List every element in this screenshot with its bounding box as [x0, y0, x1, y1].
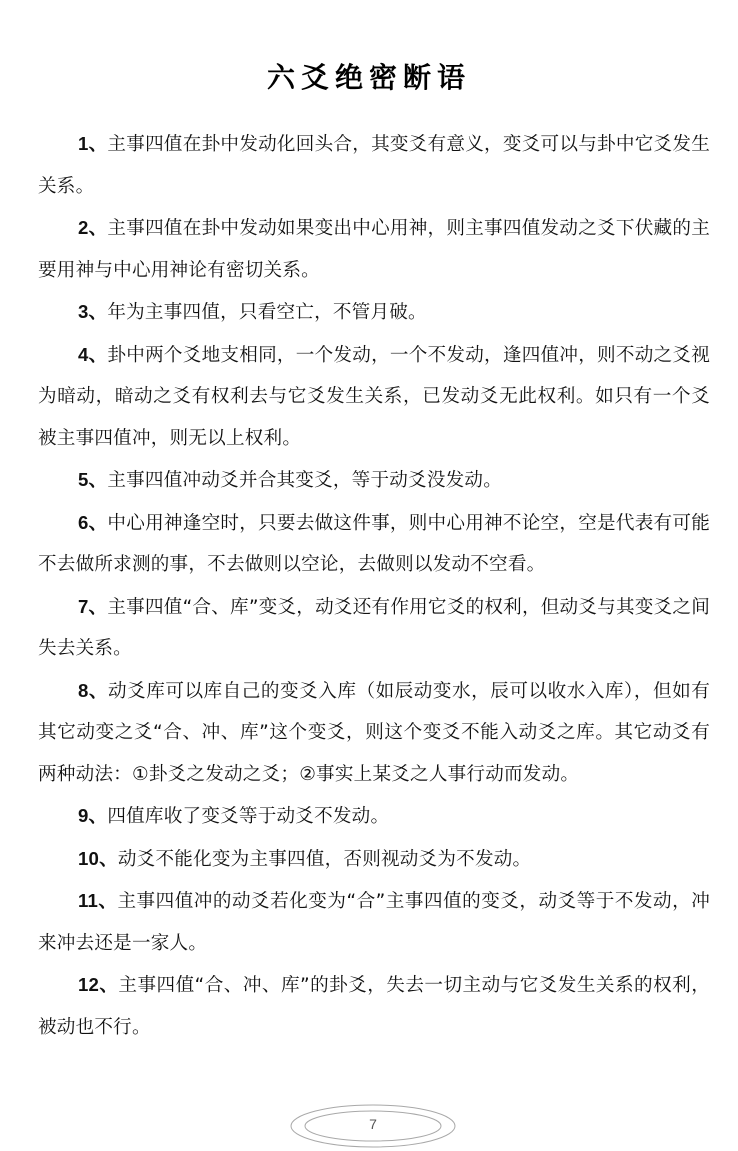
item-text: 卦中两个爻地支相同，一个发动，一个不发动，逢四值冲，则不动之爻视为暗动，暗动之爻… — [38, 345, 710, 449]
item-text: 主事四值“合、冲、库”的卦爻，失去一切主动与它爻发生关系的权利，被动也不行。 — [38, 975, 710, 1038]
item-text: 主事四值“合、库”变爻，动爻还有作用它爻的权利，但动爻与其变爻之间失去关系。 — [38, 597, 710, 660]
list-item: 6、中心用神逢空时，只要去做这件事，则中心用神不论空，空是代表有可能不去做所求测… — [38, 502, 710, 586]
page-number: 7 — [289, 1116, 457, 1132]
item-number: 7、 — [78, 596, 107, 617]
list-item: 10、动爻不能化变为主事四值，否则视动爻为不发动。 — [38, 838, 710, 881]
item-text: 主事四值在卦中发动如果变出中心用神，则主事四值发动之爻下伏藏的主要用神与中心用神… — [38, 218, 710, 281]
list-item: 3、年为主事四值，只看空亡，不管月破。 — [38, 291, 710, 334]
list-item: 9、四值库收了变爻等于动爻不发动。 — [38, 795, 710, 838]
item-text: 主事四值在卦中发动化回头合，其变爻有意义，变爻可以与卦中它爻发生关系。 — [38, 134, 710, 197]
item-number: 3、 — [78, 301, 107, 322]
item-text: 主事四值冲的动爻若化变为“合”主事四值的变爻，动爻等于不发动，冲来冲去还是一家人… — [38, 891, 710, 954]
item-number: 6、 — [78, 512, 107, 533]
item-text: 中心用神逢空时，只要去做这件事，则中心用神不论空，空是代表有可能不去做所求测的事… — [38, 513, 710, 576]
item-number: 4、 — [78, 344, 107, 365]
list-item: 7、主事四值“合、库”变爻，动爻还有作用它爻的权利，但动爻与其变爻之间失去关系。 — [38, 586, 710, 670]
item-number: 2、 — [78, 217, 107, 238]
item-text: 动爻库可以库自己的变爻入库（如辰动变水，辰可以收水入库），但如有其它动变之爻“合… — [38, 681, 710, 785]
list-item: 12、主事四值“合、冲、库”的卦爻，失去一切主动与它爻发生关系的权利，被动也不行… — [38, 964, 710, 1048]
list-item: 11、主事四值冲的动爻若化变为“合”主事四值的变爻，动爻等于不发动，冲来冲去还是… — [38, 880, 710, 964]
list-item: 1、主事四值在卦中发动化回头合，其变爻有意义，变爻可以与卦中它爻发生关系。 — [38, 123, 710, 207]
list-item: 5、主事四值冲动爻并合其变爻，等于动爻没发动。 — [38, 459, 710, 502]
item-text: 动爻不能化变为主事四值，否则视动爻为不发动。 — [118, 849, 531, 870]
item-number: 5、 — [78, 469, 107, 490]
item-number: 10、 — [78, 848, 118, 869]
item-number: 11、 — [78, 890, 117, 911]
page-title: 六爻绝密断语 — [0, 56, 738, 96]
item-number: 12、 — [78, 974, 118, 995]
item-text: 主事四值冲动爻并合其变爻，等于动爻没发动。 — [107, 470, 502, 491]
list-item: 8、动爻库可以库自己的变爻入库（如辰动变水，辰可以收水入库），但如有其它动变之爻… — [38, 670, 710, 796]
document-body: 1、主事四值在卦中发动化回头合，其变爻有意义，变爻可以与卦中它爻发生关系。 2、… — [38, 123, 710, 1048]
list-item: 4、卦中两个爻地支相同，一个发动，一个不发动，逢四值冲，则不动之爻视为暗动，暗动… — [38, 334, 710, 460]
page-footer: 7 — [289, 1103, 457, 1149]
item-number: 9、 — [78, 805, 107, 826]
item-text: 年为主事四值，只看空亡，不管月破。 — [107, 302, 427, 323]
item-number: 1、 — [78, 133, 107, 154]
item-number: 8、 — [78, 680, 108, 701]
item-text: 四值库收了变爻等于动爻不发动。 — [107, 806, 389, 827]
list-item: 2、主事四值在卦中发动如果变出中心用神，则主事四值发动之爻下伏藏的主要用神与中心… — [38, 207, 710, 291]
